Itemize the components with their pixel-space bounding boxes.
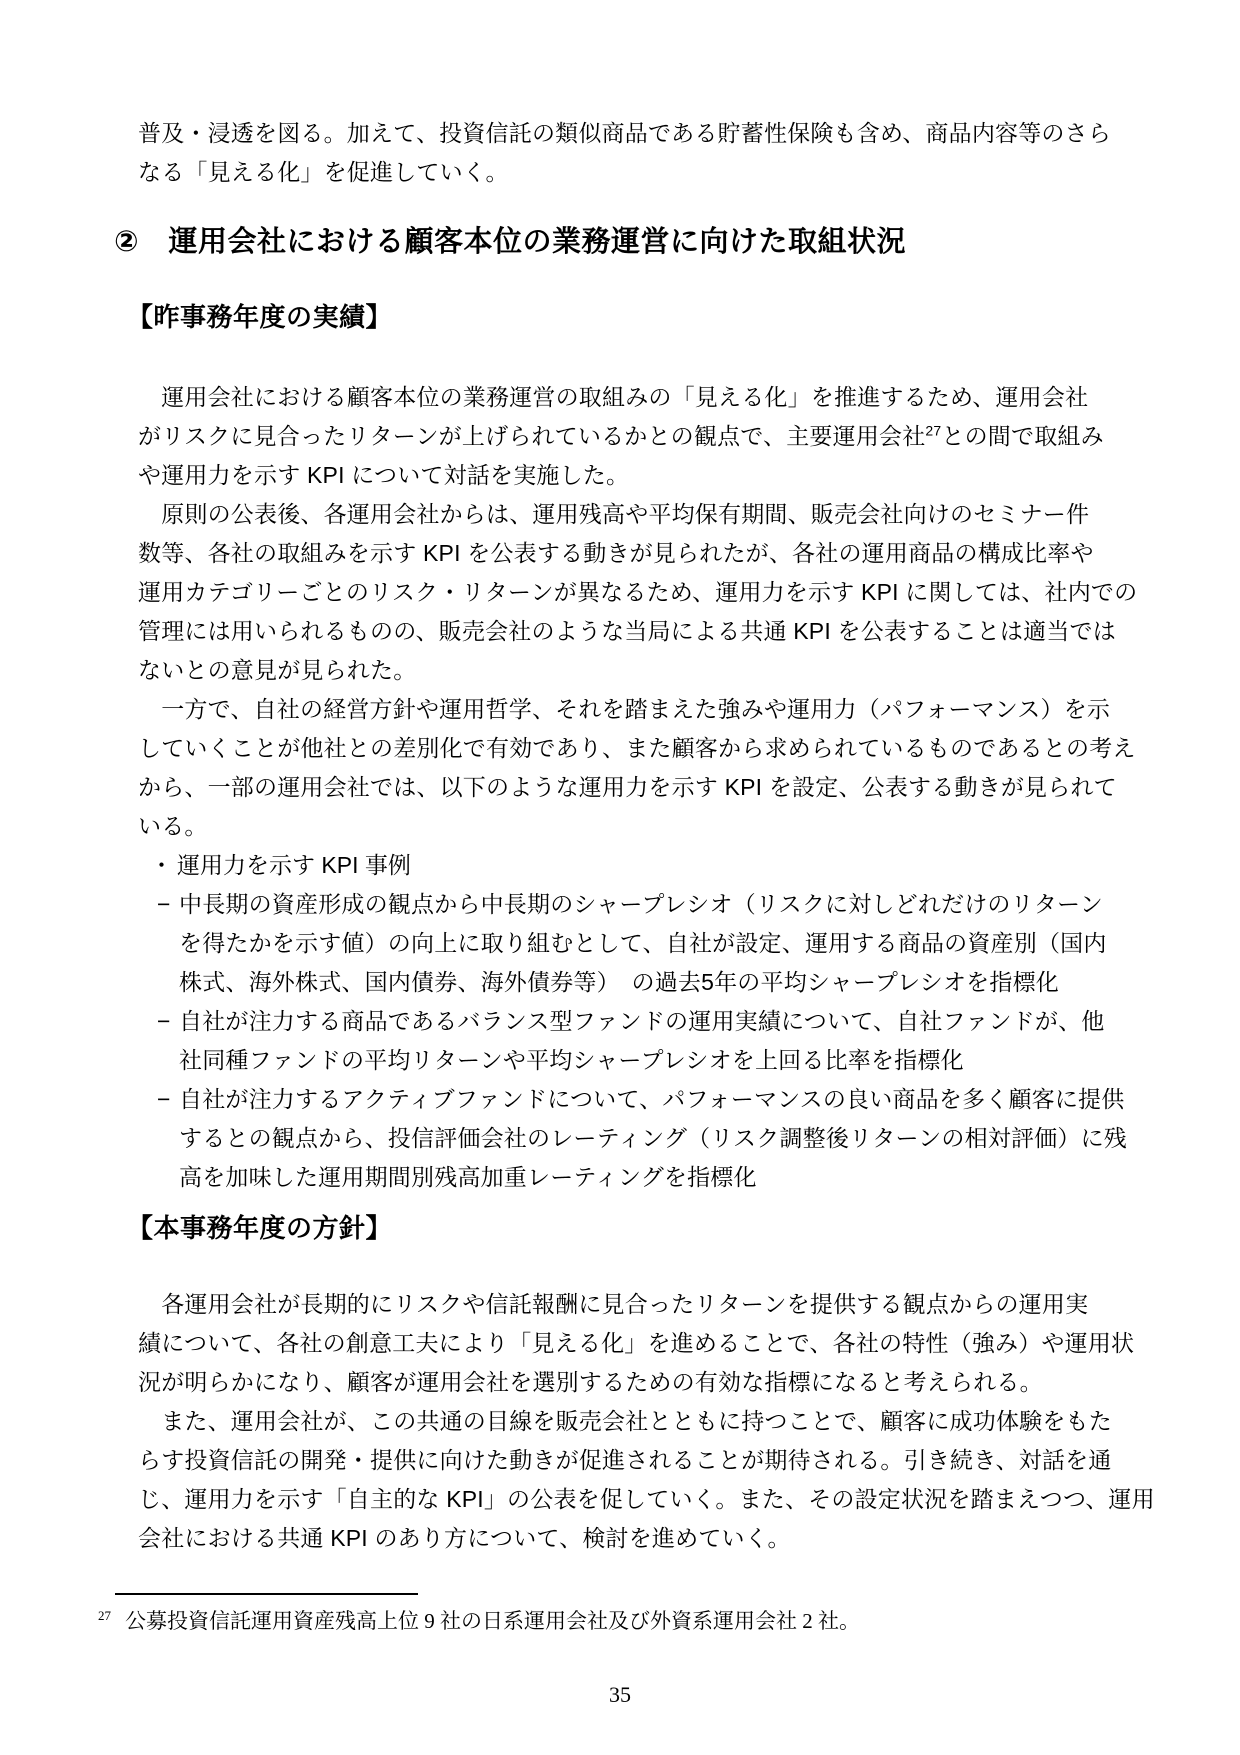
text-line: や運用力を示す KPI について対話を実施した。 (138, 456, 1104, 495)
dash-marker: − (157, 1080, 170, 1119)
paragraph-dialogue-kpi: 運用会社における顧客本位の業務運営の取組みの「見える化」を推進するため、運用会社… (138, 378, 1104, 495)
text-line: を得たかを示す値）の向上に取り組むとして、自社が設定、運用する商品の資産別（国内 (179, 924, 1107, 963)
text-line: から、一部の運用会社では、以下のような運用力を示す KPI を設定、公表する動き… (138, 768, 1136, 807)
text-line: また、運用会社が、この共通の目線を販売会社とともに持つことで、顧客に成功体験をも… (138, 1402, 1155, 1441)
text-line: 自社が注力するアクティブファンドについて、パフォーマンスの良い商品を多く顧客に提… (179, 1080, 1127, 1119)
page-number: 35 (0, 1680, 1240, 1710)
bullet-text: 運用力を示す KPI 事例 (177, 852, 411, 878)
list-item-active-fund-rating: − 自社が注力するアクティブファンドについて、パフォーマンスの良い商品を多く顧客… (157, 1080, 1127, 1197)
dash-marker: − (157, 885, 170, 924)
text-line: ないとの意見が見られた。 (138, 651, 1137, 690)
text-line: 運用会社における顧客本位の業務運営の取組みの「見える化」を推進するため、運用会社 (138, 378, 1104, 417)
footnote-reference-27: 27 (925, 422, 941, 438)
text-line: 自社が注力する商品であるバランス型ファンドの運用実績について、自社ファンドが、他 (179, 1002, 1104, 1041)
text-line: 運用カテゴリーごとのリスク・リターンが異なるため、運用力を示す KPI に関して… (138, 573, 1137, 612)
text-line: していくことが他社との差別化で有効であり、また顧客から求められているものであると… (138, 729, 1136, 768)
bullet-marker: ・ (150, 852, 173, 878)
footnote-number: 27 (98, 1608, 111, 1623)
text-line: 数等、各社の取組みを示す KPI を公表する動きが見られたが、各社の運用商品の構… (138, 534, 1137, 573)
footnote-separator-rule (115, 1593, 418, 1595)
subsection-label-this-year-policy: 【本事務年度の方針】 (127, 1208, 392, 1248)
text-line: 中長期の資産形成の観点から中長期のシャープレシオ（リスクに対しどれだけのリターン (179, 885, 1107, 924)
list-item-sharpe-ratio: − 中長期の資産形成の観点から中長期のシャープレシオ（リスクに対しどれだけのリタ… (157, 885, 1107, 1002)
paragraph-visualization-indicator: 各運用会社が長期的にリスクや信託報酬に見合ったリターンを提供する観点からの運用実… (138, 1285, 1134, 1402)
text-line: するとの観点から、投信評価会社のレーティング（リスク調整後リターンの相対評価）に… (179, 1119, 1127, 1158)
text-line-with-footnote-ref: がリスクに見合ったリターンが上げられているかとの観点で、主要運用会社27との間で… (138, 417, 1104, 456)
paragraph-intro: 普及・浸透を図る。加えて、投資信託の類似商品である貯蓄性保険も含め、商品内容等の… (138, 114, 1111, 192)
paragraph-differentiation: 一方で、自社の経営方針や運用哲学、それを踏まえた強みや運用力（パフォーマンス）を… (138, 690, 1136, 846)
text-segment: との間で取組み (941, 423, 1103, 449)
text-line: 高を加味した運用期間別残高加重レーティングを指標化 (179, 1158, 1127, 1197)
text-line: なる「見える化」を促進していく。 (138, 153, 1111, 192)
text-line: じ、運用力を示す「自主的な KPI」の公表を促していく。また、その設定状況を踏ま… (138, 1480, 1155, 1519)
text-line: 普及・浸透を図る。加えて、投資信託の類似商品である貯蓄性保険も含め、商品内容等の… (138, 114, 1111, 153)
text-line: 績について、各社の創意工夫により「見える化」を進めることで、各社の特性（強み）や… (138, 1324, 1134, 1363)
dash-marker: − (157, 1002, 170, 1041)
footnote-text: 公募投資信託運用資産残高上位 9 社の日系運用会社及び外資系運用会社 2 社。 (125, 1609, 860, 1633)
text-segment: がリスクに見合ったリターンが上げられているかとの観点で、主要運用会社 (138, 423, 925, 449)
text-line: らす投資信託の開発・提供に向けた動きが促進されることが期待される。引き続き、対話… (138, 1441, 1155, 1480)
footnote-27: 27公募投資信託運用資産残高上位 9 社の日系運用会社及び外資系運用会社 2 社… (98, 1602, 860, 1641)
section-heading: ② 運用会社における顧客本位の業務運営に向けた取組状況 (114, 222, 906, 262)
text-line: 況が明らかになり、顧客が運用会社を選別するための有効な指標になると考えられる。 (138, 1363, 1134, 1402)
text-line: 社同種ファンドの平均リターンや平均シャープレシオを上回る比率を指標化 (179, 1041, 1104, 1080)
subsection-label-last-year-results: 【昨事務年度の実績】 (127, 297, 392, 337)
text-line: 各運用会社が長期的にリスクや信託報酬に見合ったリターンを提供する観点からの運用実 (138, 1285, 1134, 1324)
paragraph-kpi-publication: 原則の公表後、各運用会社からは、運用残高や平均保有期間、販売会社向けのセミナー件… (138, 495, 1137, 690)
text-line: 一方で、自社の経営方針や運用哲学、それを踏まえた強みや運用力（パフォーマンス）を… (138, 690, 1136, 729)
text-line: 会社における共通 KPI のあり方について、検討を進めていく。 (138, 1519, 1155, 1558)
text-line: 原則の公表後、各運用会社からは、運用残高や平均保有期間、販売会社向けのセミナー件 (138, 495, 1137, 534)
text-line: 管理には用いられるものの、販売会社のような当局による共通 KPI を公表すること… (138, 612, 1137, 651)
list-item-balanced-fund: − 自社が注力する商品であるバランス型ファンドの運用実績について、自社ファンドが… (157, 1002, 1104, 1080)
document-page: 普及・浸透を図る。加えて、投資信託の類似商品である貯蓄性保険も含め、商品内容等の… (0, 0, 1240, 1755)
paragraph-voluntary-kpi: また、運用会社が、この共通の目線を販売会社とともに持つことで、顧客に成功体験をも… (138, 1402, 1155, 1558)
text-line: 株式、海外株式、国内債券、海外債券等） の過去5年の平均シャープレシオを指標化 (179, 963, 1107, 1002)
text-line: いる。 (138, 807, 1136, 846)
bullet-kpi-examples: ・運用力を示す KPI 事例 (150, 846, 411, 885)
